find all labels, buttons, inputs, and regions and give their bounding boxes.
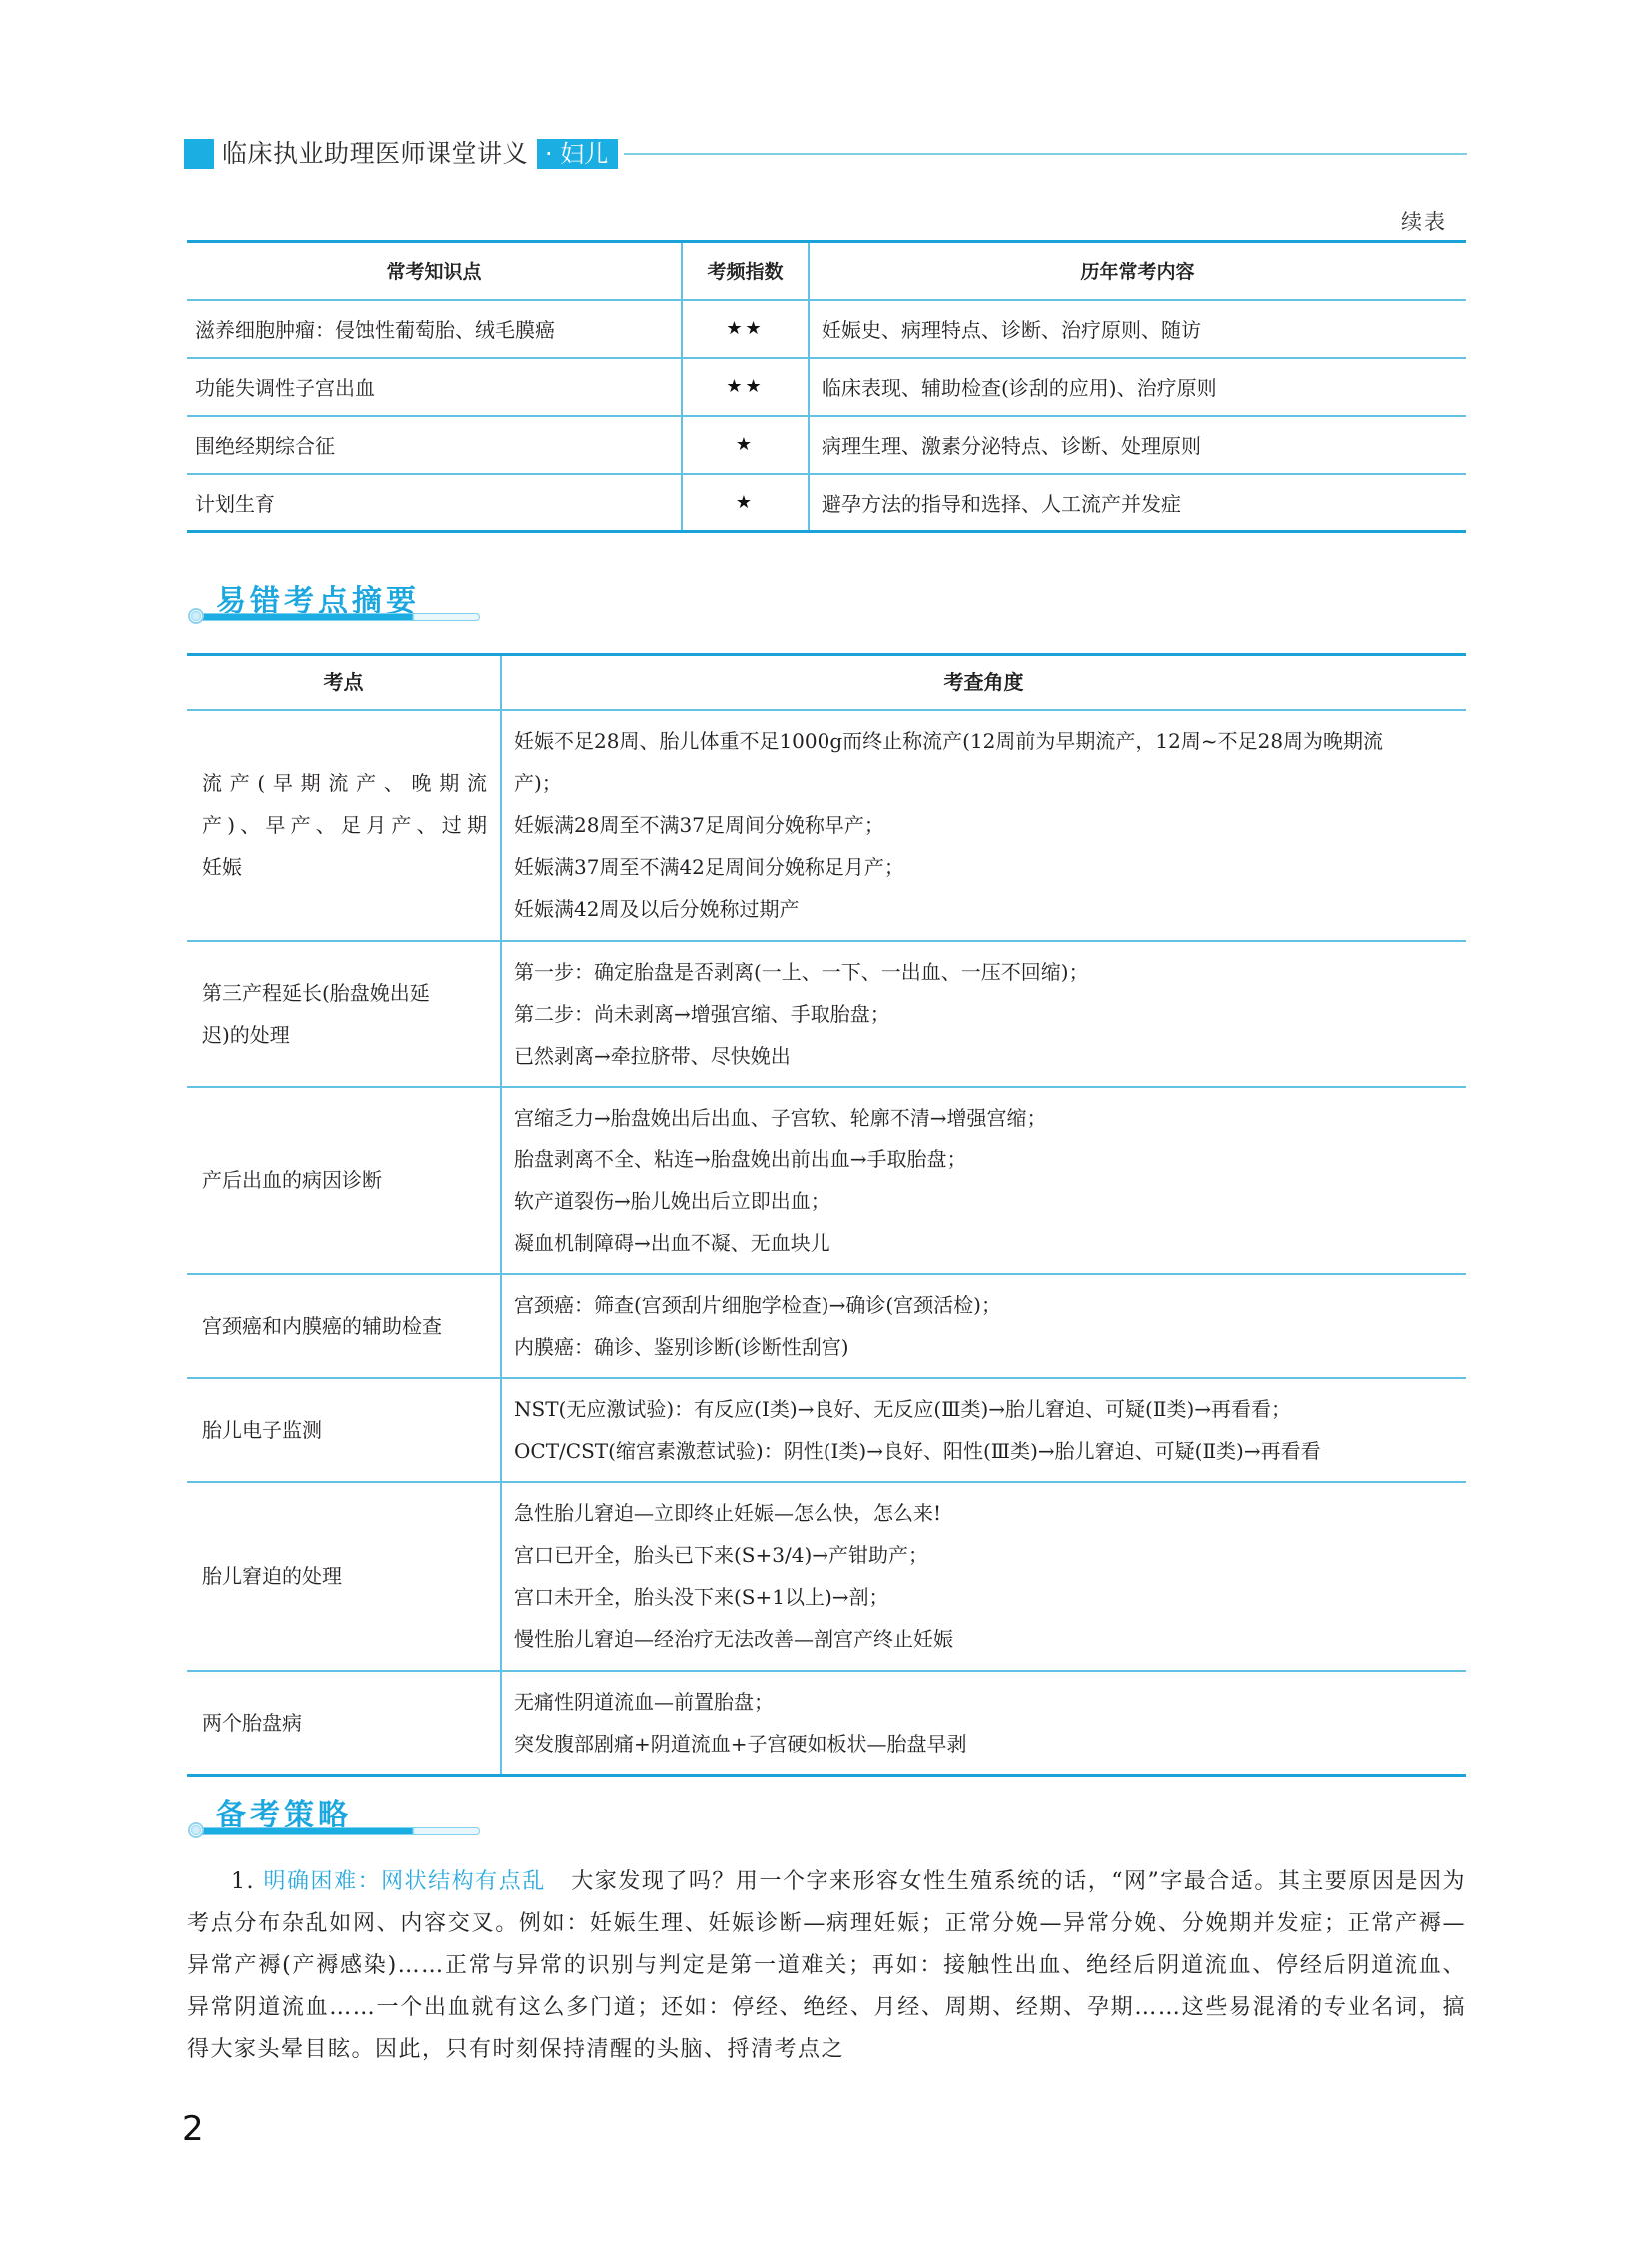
angle-cell: 妊娠不足28周、胎儿体重不足1000g而终止称流产(12周前为早期流产，12周~… [501,710,1466,941]
topic-cell: 滋养细胞肿瘤：侵蚀性葡萄胎、绒毛膜癌 [187,300,682,358]
point-cell: 宫颈癌和内膜癌的辅助检查 [187,1274,501,1378]
point-cell: 第三产程延长(胎盘娩出延 迟)的处理 [187,941,501,1087]
content-cell: 临床表现、辅助检查(诊刮的应用)、治疗原则 [809,358,1466,416]
table-row: 流产(早期流产、晚期流 产)、早产、足月产、过期 妊娠 妊娠不足28周、胎儿体重… [187,710,1466,941]
angle-line: 已然剥离→牵拉脐带、尽快娩出 [514,1035,1456,1077]
table-row: 产后出血的病因诊断 宫缩乏力→胎盘娩出后出血、子宫软、轮廓不清→增强宫缩； 胎盘… [187,1087,1466,1274]
angle-line: 急性胎儿窘迫—立即终止妊娠—怎么快，怎么来! [514,1492,1456,1534]
angle-line: 产)； [514,762,1456,804]
angle-line: 妊娠满28周至不满37足周间分娩称早产； [514,804,1456,846]
point-line: 妊娠 [202,846,490,888]
angle-line: 内膜癌：确诊、鉴别诊断(诊断性刮宫) [514,1326,1456,1368]
paragraph-highlight: 明确困难：网状结构有点乱 [264,1869,546,1894]
point-line: 胎儿电子监测 [202,1409,490,1451]
angle-line: 软产道裂伤→胎儿娩出后立即出血； [514,1180,1456,1222]
section-heading-strategy: 备考策略 [184,1794,480,1844]
angle-line: NST(无应激试验)：有反应(Ⅰ类)→良好、无反应(Ⅲ类)→胎儿窘迫、可疑(Ⅱ类… [514,1388,1456,1430]
point-line: 流产(早期流产、晚期流 [202,762,490,804]
topic-cell: 计划生育 [187,474,682,532]
point-line: 迟)的处理 [202,1014,490,1056]
table-row: 宫颈癌和内膜癌的辅助检查 宫颈癌：筛查(宫颈刮片细胞学检查)→确诊(宫颈活检)；… [187,1274,1466,1378]
frequency-stars: ★ [682,474,809,532]
angle-cell: 宫缩乏力→胎盘娩出后出血、子宫软、轮廓不清→增强宫缩； 胎盘剥离不全、粘连→胎盘… [501,1087,1466,1274]
section-underline-bar [198,1827,480,1835]
error-points-table: 考点 考查角度 流产(早期流产、晚期流 产)、早产、足月产、过期 妊娠 妊娠不足… [187,653,1466,1777]
content-cell: 妊娠史、病理特点、诊断、治疗原则、随访 [809,300,1466,358]
point-cell: 胎儿电子监测 [187,1378,501,1482]
frequency-stars: ★★ [682,358,809,416]
angle-line: 胎盘剥离不全、粘连→胎盘娩出前出血→手取胎盘； [514,1138,1456,1180]
table-row: 功能失调性子宫出血 ★★ 临床表现、辅助检查(诊刮的应用)、治疗原则 [187,358,1466,416]
paragraph-body: 大家发现了吗？用一个字来形容女性生殖系统的话，“网”字最合适。其主要原因是因为考… [187,1869,1466,2062]
section-heading-error-points: 易错考点摘要 [184,580,480,630]
section-tag: · 妇儿 [537,139,618,169]
table-header-row: 考点 考查角度 [187,655,1466,710]
point-line: 胎儿窘迫的处理 [202,1555,490,1597]
angle-line: 第一步：确定胎盘是否剥离(一上、一下、一出血、一压不回缩)； [514,951,1456,993]
angle-cell: 无痛性阴道流血—前置胎盘； 突发腹部剧痛+阴道流血+子宫硬如板状—胎盘早剥 [501,1671,1466,1776]
col-header-topic: 常考知识点 [187,242,682,300]
angle-line: 妊娠不足28周、胎儿体重不足1000g而终止称流产(12周前为早期流产，12周~… [514,720,1456,762]
point-line: 两个胎盘病 [202,1702,490,1744]
table-row: 胎儿电子监测 NST(无应激试验)：有反应(Ⅰ类)→良好、无反应(Ⅲ类)→胎儿窘… [187,1378,1466,1482]
frequency-stars: ★★ [682,300,809,358]
point-cell: 两个胎盘病 [187,1671,501,1776]
table-row: 胎儿窘迫的处理 急性胎儿窘迫—立即终止妊娠—怎么快，怎么来! 宫口已开全，胎头已… [187,1482,1466,1671]
angle-line: 突发腹部剧痛+阴道流血+子宫硬如板状—胎盘早剥 [514,1723,1456,1765]
angle-cell: 第一步：确定胎盘是否剥离(一上、一下、一出血、一压不回缩)； 第二步：尚未剥离→… [501,941,1466,1087]
table-row: 计划生育 ★ 避孕方法的指导和选择、人工流产并发症 [187,474,1466,532]
topic-cell: 功能失调性子宫出血 [187,358,682,416]
frequency-table: 常考知识点 考频指数 历年常考内容 滋养细胞肿瘤：侵蚀性葡萄胎、绒毛膜癌 ★★ … [187,240,1466,533]
page-number: 2 [182,2109,204,2149]
point-line: 宫颈癌和内膜癌的辅助检查 [202,1305,490,1347]
angle-line: 宫口已开全，胎头已下来(S+3/4)→产钳助产； [514,1534,1456,1576]
table-row: 第三产程延长(胎盘娩出延 迟)的处理 第一步：确定胎盘是否剥离(一上、一下、一出… [187,941,1466,1087]
angle-line: 宫缩乏力→胎盘娩出后出血、子宫软、轮廓不清→增强宫缩； [514,1097,1456,1138]
section-bullet-icon [188,1822,204,1838]
point-cell: 流产(早期流产、晚期流 产)、早产、足月产、过期 妊娠 [187,710,501,941]
angle-line: 第二步：尚未剥离→增强宫缩、手取胎盘； [514,993,1456,1035]
table-header-row: 常考知识点 考频指数 历年常考内容 [187,242,1466,300]
header-square-icon [184,139,214,169]
header-rule [624,153,1467,155]
col-header-content: 历年常考内容 [809,242,1466,300]
paragraph-number: 1. [231,1869,255,1894]
point-cell: 胎儿窘迫的处理 [187,1482,501,1671]
content-cell: 病理生理、激素分泌特点、诊断、处理原则 [809,416,1466,474]
angle-line: OCT/CST(缩宫素激惹试验)：阴性(Ⅰ类)→良好、阳性(Ⅲ类)→胎儿窘迫、可… [514,1430,1456,1472]
angle-line: 宫口未开全，胎头没下来(S+1以上)→剖； [514,1576,1456,1618]
angle-line: 慢性胎儿窘迫—经治疗无法改善—剖宫产终止妊娠 [514,1618,1456,1660]
point-line: 产)、早产、足月产、过期 [202,804,490,846]
angle-line: 妊娠满37周至不满42足周间分娩称足月产； [514,846,1456,888]
table-row: 滋养细胞肿瘤：侵蚀性葡萄胎、绒毛膜癌 ★★ 妊娠史、病理特点、诊断、治疗原则、随… [187,300,1466,358]
running-header: 临床执业助理医师课堂讲义 · 妇儿 [184,139,1467,169]
continued-label: 续表 [1401,206,1447,236]
section-bullet-icon [188,608,204,624]
angle-cell: 急性胎儿窘迫—立即终止妊娠—怎么快，怎么来! 宫口已开全，胎头已下来(S+3/4… [501,1482,1466,1671]
point-line: 产后出血的病因诊断 [202,1159,490,1201]
strategy-paragraph: 1. 明确困难：网状结构有点乱 大家发现了吗？用一个字来形容女性生殖系统的话，“… [187,1861,1466,2071]
topic-cell: 围绝经期综合征 [187,416,682,474]
point-line: 第三产程延长(胎盘娩出延 [202,972,490,1014]
point-cell: 产后出血的病因诊断 [187,1087,501,1274]
angle-line: 无痛性阴道流血—前置胎盘； [514,1681,1456,1723]
col-header-point: 考点 [187,655,501,710]
angle-cell: 宫颈癌：筛查(宫颈刮片细胞学检查)→确诊(宫颈活检)； 内膜癌：确诊、鉴别诊断(… [501,1274,1466,1378]
col-header-angle: 考查角度 [501,655,1466,710]
col-header-frequency: 考频指数 [682,242,809,300]
book-title: 临床执业助理医师课堂讲义 [222,137,528,171]
angle-line: 妊娠满42周及以后分娩称过期产 [514,888,1456,930]
frequency-stars: ★ [682,416,809,474]
table-row: 围绝经期综合征 ★ 病理生理、激素分泌特点、诊断、处理原则 [187,416,1466,474]
content-cell: 避孕方法的指导和选择、人工流产并发症 [809,474,1466,532]
table-row: 两个胎盘病 无痛性阴道流血—前置胎盘； 突发腹部剧痛+阴道流血+子宫硬如板状—胎… [187,1671,1466,1776]
section-underline-bar [198,613,480,621]
angle-line: 凝血机制障碍→出血不凝、无血块儿 [514,1222,1456,1264]
angle-cell: NST(无应激试验)：有反应(Ⅰ类)→良好、无反应(Ⅲ类)→胎儿窘迫、可疑(Ⅱ类… [501,1378,1466,1482]
angle-line: 宫颈癌：筛查(宫颈刮片细胞学检查)→确诊(宫颈活检)； [514,1284,1456,1326]
